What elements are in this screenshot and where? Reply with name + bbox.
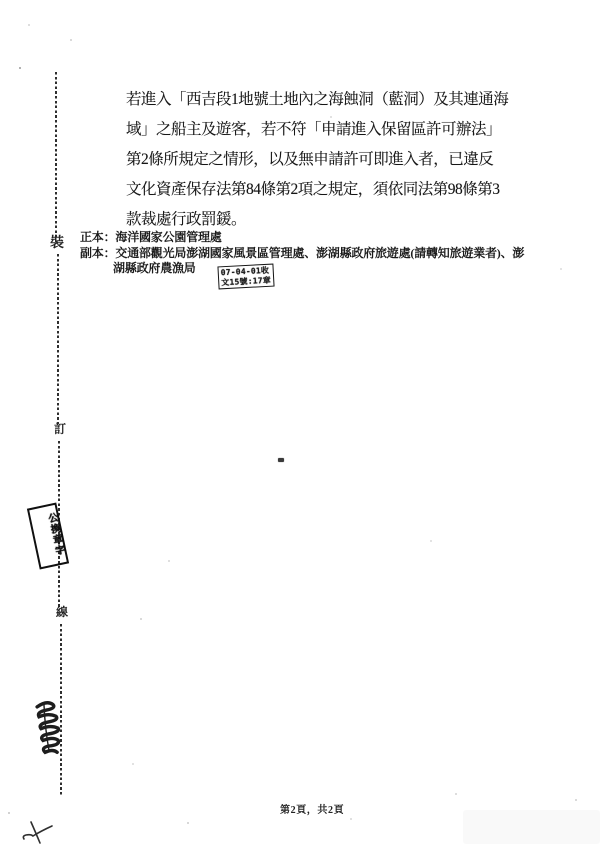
- exchange-seal-right-column: 公換章: [31, 512, 62, 549]
- binding-mark-ding: 訂: [54, 423, 66, 435]
- binding-mark-zhuang: 裝: [50, 237, 64, 251]
- receipt-date-stamp: 07-04-01收 文15號:17章: [217, 264, 274, 290]
- original-recipient-line: 正本：海洋國家公園管理處: [80, 230, 550, 246]
- document-body-paragraph: 若進入「西吉段1地號土地內之海蝕洞（藍洞）及其連通海 域」之船主及遊客，若不符「…: [126, 85, 530, 235]
- binding-dotted-line-segment: [55, 72, 57, 237]
- body-line: 第2條所規定之情形，以及無申請許可即進入者，已違反: [126, 145, 530, 175]
- distribution-block: 正本：海洋國家公園管理處 副本：交通部觀光局澎湖國家風景區管理處、澎湖縣政府旅遊…: [80, 230, 550, 277]
- illegible-seal-stamp-icon: [31, 699, 66, 757]
- handwritten-x-mark-icon: [21, 819, 55, 845]
- body-line: 若進入「西吉段1地號土地內之海蝕洞（藍洞）及其連通海: [126, 85, 530, 115]
- receipt-stamp-line-2: 文15號:17章: [221, 275, 271, 287]
- scan-noise-specks: [0, 0, 2, 2]
- page-number-footer: 第2頁，共2頁: [280, 801, 344, 816]
- binding-mark-xian: 線: [56, 606, 68, 618]
- body-line: 域」之船主及遊客，若不符「申請進入保留區許可辦法」: [126, 115, 530, 145]
- body-line: 文化資產保存法第84條第2項之規定，須依同法第98條第3: [126, 175, 530, 205]
- scanned-document-page: 裝 訂 線 若進入「西吉段1地號土地內之海蝕洞（藍洞）及其連通海 域」之船主及遊…: [0, 0, 600, 848]
- exchange-seal-stamp: 公換章 字: [27, 503, 69, 570]
- scanner-shadow: [463, 810, 600, 844]
- binding-dotted-line-segment: [57, 254, 59, 424]
- ink-blot-artifact: [278, 458, 284, 462]
- copy-recipients-line-1: 副本：交通部觀光局澎湖國家風景區管理處、澎湖縣政府旅遊處(請轉知旅遊業者)、澎: [80, 246, 550, 262]
- copy-recipients-line-2: 湖縣政府農漁局: [80, 261, 550, 277]
